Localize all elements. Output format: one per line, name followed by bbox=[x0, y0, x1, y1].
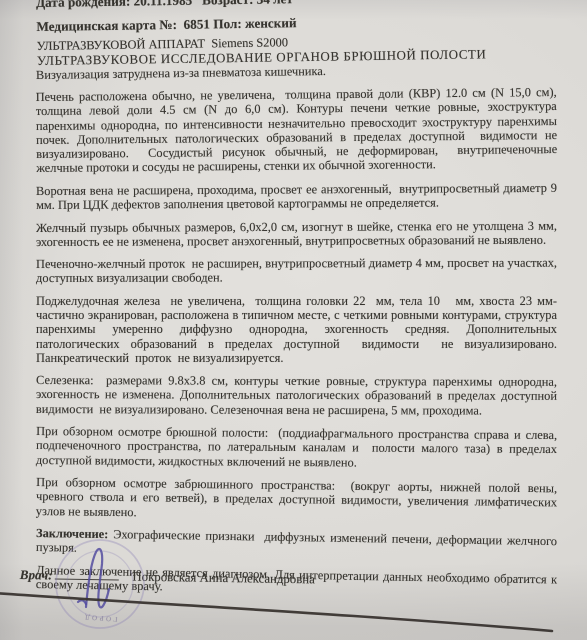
paragraph-text: Селезенка: размерами 9.8х3.8 см, контуры… bbox=[36, 373, 560, 417]
paragraph-text: При обзорном осмотре брюшной полости: (п… bbox=[36, 424, 560, 469]
report-paragraph: При обзорном осмотре забрюшинного простр… bbox=[36, 475, 557, 524]
paragraph-text: Печеночно-желчный проток не расширен, вн… bbox=[36, 256, 560, 286]
report-body: Визуализация затруднена из-за пневматоза… bbox=[36, 68, 557, 599]
doctor-label: Врач: bbox=[20, 567, 53, 583]
report-paragraph: Воротная вена не расширена, проходима, п… bbox=[36, 181, 557, 213]
paragraph-text: При обзорном осмотре забрюшинного простр… bbox=[36, 475, 561, 519]
paragraph-text: Эхографические признаки диффузных измене… bbox=[36, 527, 560, 555]
paragraph-text: Воротная вена не расширена, проходима, п… bbox=[36, 181, 560, 212]
paragraph-lead: Заключение: bbox=[36, 526, 108, 541]
stamp-ring-text: ГОРОД bbox=[82, 613, 117, 623]
scanned-report-page: Дата рождения: 20.11.1985 Возраст: 34 ле… bbox=[0, 0, 587, 640]
report-paragraph: Селезенка: размерами 9.8х3.8 см, контуры… bbox=[36, 373, 557, 418]
paragraph-text: Визуализация затруднена из-за пневматоза… bbox=[36, 64, 326, 82]
patient-birthdate-age-line: Дата рождения: 20.11.1985 Возраст: 34 ле… bbox=[36, 0, 557, 11]
doctor-name: Покровская Анна Александровна bbox=[132, 570, 315, 588]
paragraph-text: Желчный пузырь обычных размеров, 6,0х2,0… bbox=[36, 218, 560, 249]
paragraph-text: Печень расположена обычно, не увеличена,… bbox=[36, 85, 566, 176]
report-paragraph: При обзорном осмотре брюшной полости: (п… bbox=[36, 424, 557, 471]
report-paragraph: Желчный пузырь обычных размеров, 6,0х2,0… bbox=[36, 218, 557, 249]
report-paragraph: Поджелудочная железа не увеличена, толщи… bbox=[36, 294, 557, 365]
report-paragraph: Заключение: Эхографические признаки дифф… bbox=[36, 526, 557, 563]
report-paragraph: Печень расположена обычно, не увеличена,… bbox=[36, 85, 558, 176]
signature-line bbox=[54, 566, 118, 581]
paragraph-text: Поджелудочная железа не увеличена, толщи… bbox=[36, 294, 560, 365]
report-paragraph: Печеночно-желчный проток не расширен, вн… bbox=[36, 256, 557, 286]
report-header: Дата рождения: 20.11.1985 Возраст: 34 ле… bbox=[36, 0, 558, 69]
